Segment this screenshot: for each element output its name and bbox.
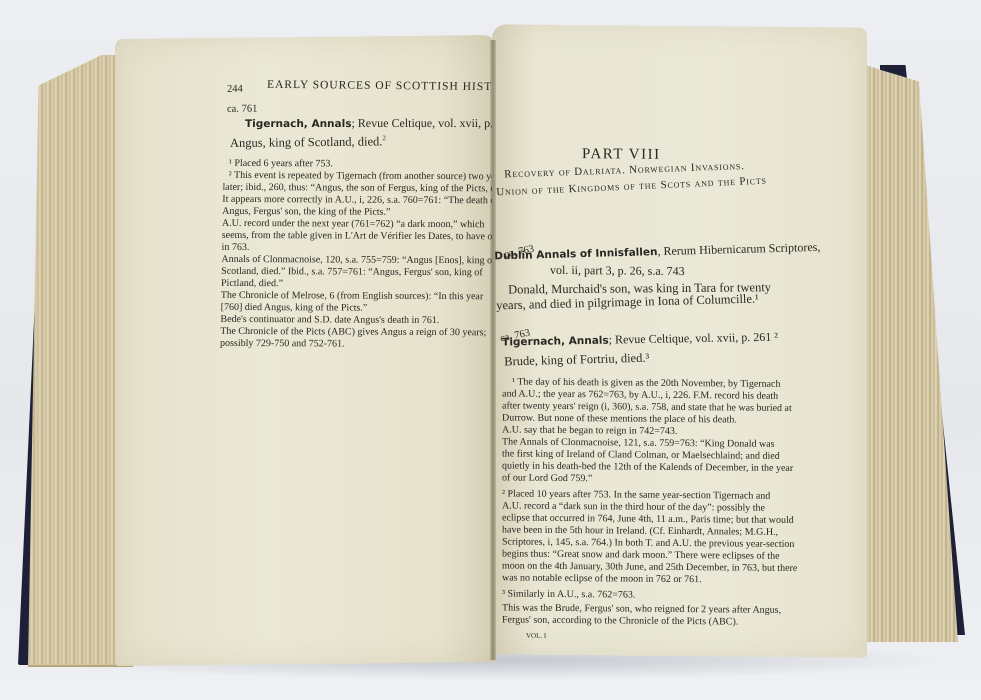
footnote-line: of our Lord God 759.” [502,472,592,485]
footnote-line: The Chronicle of the Picts (ABC) gives A… [220,326,486,339]
running-head: EARLY SOURCES OF SCOTTISH HISTORY [267,79,519,94]
footnote-line: Bede's continuator and S.D. date Angus's… [220,314,439,327]
footnote-line: seems, from the table given in L'Art de … [222,230,523,243]
signature-mark: VOL. I [526,631,546,643]
part-title: PART VIII [582,146,661,164]
photo-scene: 244 EARLY SOURCES OF SCOTTISH HISTORY ca… [0,0,981,700]
entry-source: Dublin Annals of Innisfallen, Rerum Hibe… [494,240,821,264]
source-citation: , Rerum Hibernicarum Scriptores, [657,240,820,258]
entry-text: Brude, king of Fortriu, died.³ [504,351,649,370]
entry-source: Tigernach, Annals; Revue Celtique, vol. … [502,330,778,350]
page-number: 244 [227,84,243,95]
footnote-line: Pictland, died.” [221,278,283,290]
footnote-line: A.U. record under the next year (761=762… [222,218,485,231]
source-title: Tigernach, Annals [502,335,609,349]
entry-text: Angus, king of Scotland, died.2 [230,134,386,151]
footnote-line: possibly 729-750 and 752-761. [220,338,345,350]
footnote-line: The Chronicle of Melrose, 6 (from Englis… [221,290,484,303]
footnote-line: Scotland, died.” Ibid., s.a. 757=761: “A… [221,266,483,279]
footnote-line: ¹ Placed 6 years after 753. [229,158,333,170]
footnote-line: Angus, Fergus' son, the king of the Pict… [222,206,390,219]
source-citation: ; Revue Celtique, vol. xvii, p. 261 ² [608,330,778,347]
footnote-line: Fergus' son, according to the Chronicle … [502,614,738,628]
book-gutter [490,40,496,660]
footnote-line: was no notable eclipse of the moon in 76… [502,572,702,586]
footnote-line: in 763. [221,242,249,254]
source-title: Dublin Annals of Innisfallen [494,246,658,262]
entry-date: ca. 761 [227,104,257,115]
entry-source: Tigernach, Annals; Revue Celtique, vol. … [245,116,518,131]
entry-source-line2: vol. ii, part 3, p. 26, s.a. 743 [550,263,685,279]
footnote-line: [760] died Angus, king of the Picts.” [221,302,368,315]
left-page: 244 EARLY SOURCES OF SCOTTISH HISTORY ca… [115,35,497,666]
source-title: Tigernach, Annals [245,118,352,130]
footnote-line: ³ Similarly in A.U., s.a. 762=763. [502,588,635,601]
right-page: PART VIII Recovery of Dalriata. Norwegia… [492,24,867,657]
